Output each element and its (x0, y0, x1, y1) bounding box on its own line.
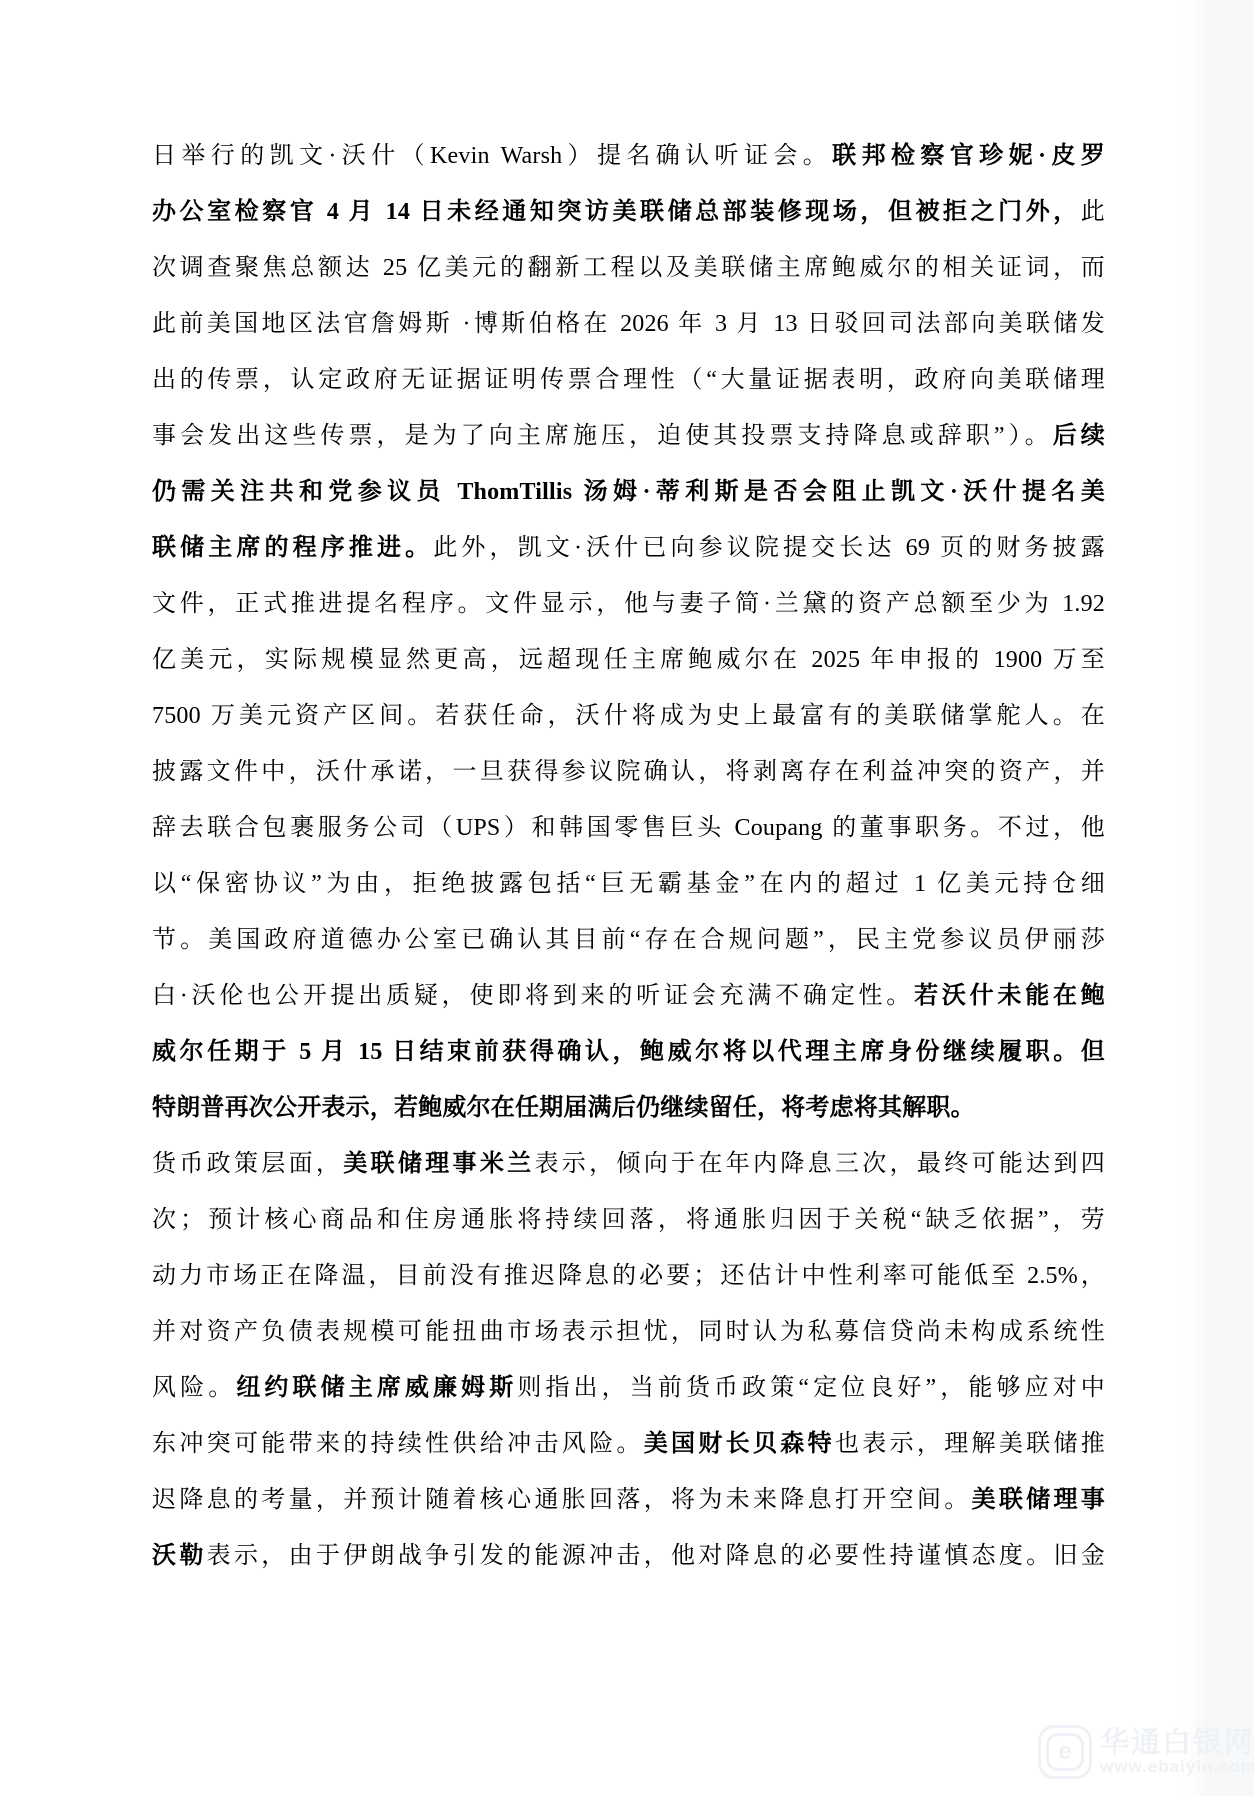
text-line: 白·沃伦也公开提出质疑，使即将到来的听证会充满不确定性。若沃什未能在鲍 (152, 968, 1105, 1024)
text-line: 日举行的凯文·沃什（Kevin Warsh）提名确认听证会。联邦检察官珍妮·皮罗 (152, 128, 1105, 184)
page-right-edge-shadow (1182, 0, 1254, 1796)
text-line: 迟降息的考量，并预计随着核心通胀回落，将为未来降息打开空间。美联储理事 (152, 1472, 1105, 1528)
text-run: 此外，凯文·沃什已向参议院提交长达 69 页的财务披露 (433, 535, 1105, 561)
text-run: 亿美元，实际规模显然更高，远超现任主席鲍威尔在 2025 年申报的 1900 万… (152, 647, 1105, 673)
text-line: 次；预计核心商品和住房通胀将持续回落，将通胀归因于关税“缺乏依据”，劳 (152, 1192, 1105, 1248)
text-run: 文件，正式推进提名程序。文件显示，他与妻子简·兰黛的资产总额至少为 1.92 (152, 591, 1105, 617)
text-run: 日举行的凯文·沃什（Kevin Warsh）提名确认听证会。 (152, 143, 832, 169)
text-line: 货币政策层面，美联储理事米兰表示，倾向于在年内降息三次，最终可能达到四 (152, 1136, 1105, 1192)
text-line: 沃勒表示，由于伊朗战争引发的能源冲击，他对降息的必要性持谨慎态度。旧金 (152, 1528, 1105, 1584)
text-run-bold: 美联储理事米兰 (343, 1151, 534, 1177)
text-line: 7500 万美元资产区间。若获任命，沃什将成为史上最富有的美联储掌舵人。在 (152, 688, 1105, 744)
watermark-logo-icon: e (1038, 1725, 1092, 1779)
text-run-bold: 威尔任期于 5 月 15 日结束前获得确认，鲍威尔将以代理主席身份继续履职。但 (152, 1039, 1105, 1065)
text-run: 东冲突可能带来的持续性供给冲击风险。 (152, 1431, 644, 1457)
text-line: 风险。纽约联储主席威廉姆斯则指出，当前货币政策“定位良好”，能够应对中 (152, 1360, 1105, 1416)
text-line: 亿美元，实际规模显然更高，远超现任主席鲍威尔在 2025 年申报的 1900 万… (152, 632, 1105, 688)
text-run-bold: 仍需关注共和党参议员 ThomTillis 汤姆·蒂利斯是否会阻止凯文·沃什提名… (152, 479, 1105, 505)
text-line: 披露文件中，沃什承诺，一旦获得参议院确认，将剥离存在利益冲突的资产，并 (152, 744, 1105, 800)
text-run: 货币政策层面， (152, 1151, 343, 1177)
text-line: 特朗普再次公开表示，若鲍威尔在任期届满后仍继续留任，将考虑将其解职。 (152, 1080, 1105, 1136)
text-run: 次；预计核心商品和住房通胀将持续回落，将通胀归因于关税“缺乏依据”，劳 (152, 1207, 1105, 1233)
text-run-bold: 联储主席的程序推进。 (152, 535, 433, 561)
text-line: 以“保密协议”为由，拒绝披露包括“巨无霸基金”在内的超过 1 亿美元持仓细 (152, 856, 1105, 912)
text-run: 风险。 (152, 1375, 236, 1401)
text-run-bold: 美联储理事 (972, 1487, 1105, 1513)
text-run: 以“保密协议”为由，拒绝披露包括“巨无霸基金”在内的超过 1 亿美元持仓细 (152, 871, 1105, 897)
text-run-bold: 沃勒 (152, 1543, 207, 1569)
text-run: 则指出，当前货币政策“定位良好”，能够应对中 (517, 1375, 1105, 1401)
text-run-bold: 若沃什未能在鲍 (914, 983, 1105, 1009)
document-body: 日举行的凯文·沃什（Kevin Warsh）提名确认听证会。联邦检察官珍妮·皮罗… (152, 0, 1105, 1584)
text-line: 仍需关注共和党参议员 ThomTillis 汤姆·蒂利斯是否会阻止凯文·沃什提名… (152, 464, 1105, 520)
text-line: 事会发出这些传票，是为了向主席施压，迫使其投票支持降息或辞职”）。后续 (152, 408, 1105, 464)
watermark: e 华通白银网 www.ebaiyin.com (1038, 1712, 1254, 1792)
text-line: 辞去联合包裹服务公司（UPS）和韩国零售巨头 Coupang 的董事职务。不过，… (152, 800, 1105, 856)
text-run: 白·沃伦也公开提出质疑，使即将到来的听证会充满不确定性。 (152, 983, 914, 1009)
text-run: 表示，由于伊朗战争引发的能源冲击，他对降息的必要性持谨慎态度。旧金 (207, 1543, 1105, 1569)
text-run: 7500 万美元资产区间。若获任命，沃什将成为史上最富有的美联储掌舵人。在 (152, 703, 1105, 729)
text-run-bold: 联邦检察官珍妮·皮罗 (832, 143, 1105, 169)
text-run: 次调查聚焦总额达 25 亿美元的翻新工程以及美联储主席鲍威尔的相关证词，而 (152, 255, 1105, 281)
text-run: 迟降息的考量，并预计随着核心通胀回落，将为未来降息打开空间。 (152, 1487, 972, 1513)
text-run-bold: 办公室检察官 4 月 14 日未经通知突访美联储总部装修现场，但被拒之门外， (152, 199, 1081, 225)
text-line: 出的传票，认定政府无证据证明传票合理性（“大量证据表明，政府向美联储理 (152, 352, 1105, 408)
text-run-bold: 特朗普再次公开表示，若鲍威尔在任期届满后仍继续留任，将考虑将其解职。 (152, 1095, 975, 1121)
text-line: 此前美国地区法官詹姆斯 ·博斯伯格在 2026 年 3 月 13 日驳回司法部向… (152, 296, 1105, 352)
text-line: 联储主席的程序推进。此外，凯文·沃什已向参议院提交长达 69 页的财务披露 (152, 520, 1105, 576)
text-run: 表示，倾向于在年内降息三次，最终可能达到四 (534, 1151, 1105, 1177)
watermark-site-url: www.ebaiyin.com (1100, 1758, 1254, 1776)
text-run: 也表示，理解美联储推 (835, 1431, 1105, 1457)
text-line: 威尔任期于 5 月 15 日结束前获得确认，鲍威尔将以代理主席身份继续履职。但 (152, 1024, 1105, 1080)
text-line: 文件，正式推进提名程序。文件显示，他与妻子简·兰黛的资产总额至少为 1.92 (152, 576, 1105, 632)
text-line: 东冲突可能带来的持续性供给冲击风险。美国财长贝森特也表示，理解美联储推 (152, 1416, 1105, 1472)
text-line: 动力市场正在降温，目前没有推迟降息的必要；还估计中性利率可能低至 2.5%， (152, 1248, 1105, 1304)
text-run-bold: 纽约联储主席威廉姆斯 (236, 1375, 517, 1401)
text-run: 出的传票，认定政府无证据证明传票合理性（“大量证据表明，政府向美联储理 (152, 367, 1105, 393)
text-run: 此前美国地区法官詹姆斯 ·博斯伯格在 2026 年 3 月 13 日驳回司法部向… (152, 311, 1105, 337)
text-run: 事会发出这些传票，是为了向主席施压，迫使其投票支持降息或辞职”）。 (152, 423, 1053, 449)
text-run: 并对资产负债表规模可能扭曲市场表示担忧，同时认为私募信贷尚未构成系统性 (152, 1319, 1105, 1345)
text-run-bold: 后续 (1053, 423, 1105, 449)
text-run: 辞去联合包裹服务公司（UPS）和韩国零售巨头 Coupang 的董事职务。不过，… (152, 815, 1105, 841)
watermark-text: 华通白银网 www.ebaiyin.com (1100, 1728, 1254, 1776)
text-line: 并对资产负债表规模可能扭曲市场表示担忧，同时认为私募信贷尚未构成系统性 (152, 1304, 1105, 1360)
text-line: 办公室检察官 4 月 14 日未经通知突访美联储总部装修现场，但被拒之门外，此 (152, 184, 1105, 240)
text-run: 披露文件中，沃什承诺，一旦获得参议院确认，将剥离存在利益冲突的资产，并 (152, 759, 1105, 785)
text-run: 动力市场正在降温，目前没有推迟降息的必要；还估计中性利率可能低至 2.5%， (152, 1263, 1105, 1289)
text-line: 节。美国政府道德办公室已确认其目前“存在合规问题”，民主党参议员伊丽莎 (152, 912, 1105, 968)
text-line: 次调查聚焦总额达 25 亿美元的翻新工程以及美联储主席鲍威尔的相关证词，而 (152, 240, 1105, 296)
text-run-bold: 美国财长贝森特 (644, 1431, 835, 1457)
text-run: 此 (1081, 199, 1105, 225)
text-run: 节。美国政府道德办公室已确认其目前“存在合规问题”，民主党参议员伊丽莎 (152, 927, 1105, 953)
watermark-logo-letter: e (1046, 1733, 1084, 1771)
watermark-site-name: 华通白银网 (1100, 1728, 1254, 1758)
